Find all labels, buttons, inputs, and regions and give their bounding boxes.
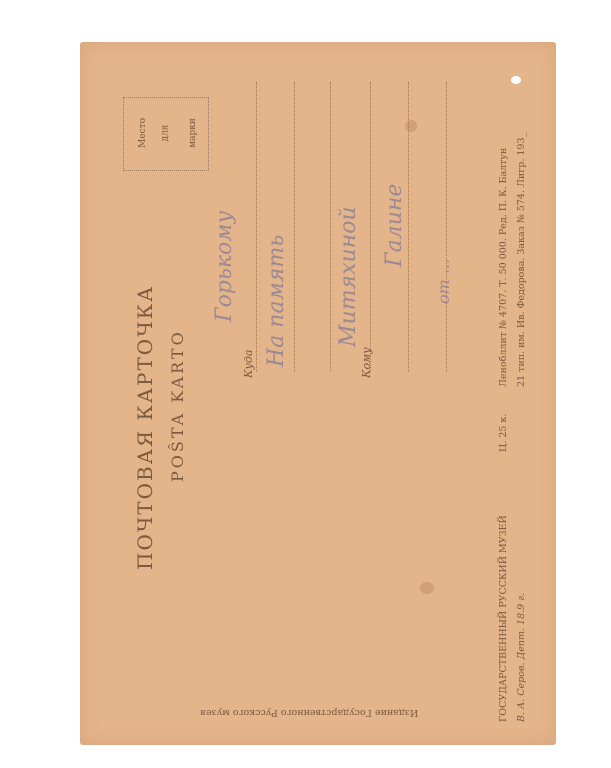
price: Ц. 25 к. xyxy=(498,414,509,452)
print-info-1: Ленобллит № 4707. Т. 50 000. Ред. П. К. … xyxy=(498,148,509,387)
card-subtitle: POŜTA KARTO xyxy=(168,329,187,482)
address-line xyxy=(294,82,295,372)
handwriting-where-2: На память xyxy=(264,235,289,367)
handwriting-from: от ... xyxy=(434,259,453,304)
postcard: Место для марки ПОЧТОВАЯ КАРТОЧКА POŜTA … xyxy=(80,42,556,745)
stain xyxy=(405,120,417,132)
scan-glare xyxy=(511,76,521,84)
address-line xyxy=(330,82,331,372)
stamp-text-2: для xyxy=(160,125,170,142)
handwriting-whom-2: Галине xyxy=(382,184,407,267)
museum-name: ГОСУДАРСТВЕННЫЙ РУССКИЙ МУЗЕЙ xyxy=(498,515,509,722)
artwork-credit: В. А. Серов. Депт. 18.9 г. xyxy=(516,593,527,722)
card-title: ПОЧТОВАЯ КАРТОЧКА xyxy=(133,285,157,570)
to-whom-label: Кому xyxy=(360,347,373,378)
handwriting-where-1: Горькому xyxy=(212,211,237,322)
publisher-caption: Издание Государственного Русского музея xyxy=(200,707,418,718)
stamp-text-3: марки xyxy=(188,118,198,148)
address-line xyxy=(446,82,447,372)
handwriting-whom-1: Митяхиной xyxy=(336,206,361,347)
stamp-text-1: Место xyxy=(138,118,148,148)
stain xyxy=(420,582,434,594)
stamp-box: Место для марки xyxy=(123,97,209,171)
print-info-2: 21 тип. им. Ив. Федорова. Заказ № 574. Л… xyxy=(516,133,527,387)
to-where-label: Куда xyxy=(242,350,255,378)
address-line xyxy=(256,82,257,372)
address-line xyxy=(370,82,371,372)
